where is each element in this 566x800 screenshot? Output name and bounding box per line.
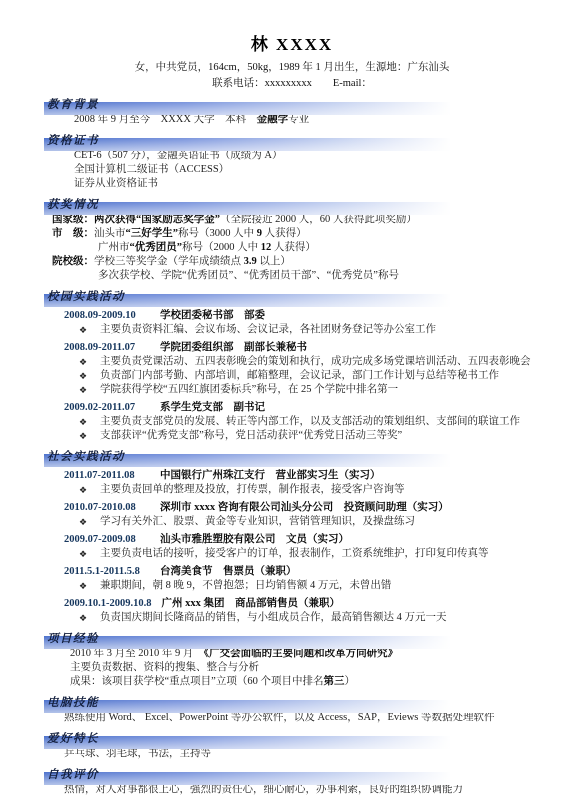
hobbies-line: 乒乓球、羽毛球，书法，主持等 xyxy=(64,747,540,761)
bullet-text: 负责国庆期间长隆商品的销售，与小组成员合作，最高销售额达 4 万元一天 xyxy=(100,611,540,625)
page-title: 林 XXXX xyxy=(44,34,540,56)
social-entries: 2011.07-2011.08 中国银行广州珠江支行 营业部实习生（实习） ❖ … xyxy=(64,469,540,625)
self-evaluation-line: 热情，对人对事都很上心，强烈的责任心，细心耐心，办事利索，良好的组织协调能力 xyxy=(64,783,540,797)
gradient-bar xyxy=(44,700,540,713)
computer-skills-line: 熟练使用 Word、 Excel、PowerPoint 等办公软件，以及 Acc… xyxy=(64,711,540,725)
award-row-city: 市 级：汕头市“三好学生”称号（3000 人中 9 人获得） xyxy=(52,227,540,241)
entry-date: 2009.10.1-2009.10.8 xyxy=(64,597,152,611)
section-header-project: 项目经验 xyxy=(44,629,540,647)
entry-title: 中国银行广州珠江支行 营业部实习生（实习） xyxy=(160,469,381,483)
entry-title: 深圳市 xxxx 咨询有限公司汕头分公司 投资顾问助理（实习） xyxy=(160,501,449,515)
bullet-text: 兼职期间，朝 8 晚 9，不曾抱怨；日均销售额 4 万元，未曾出错 xyxy=(100,579,540,593)
project-line: 主要负责数据、资料的搜集、整合与分析 xyxy=(70,661,540,675)
certificate-line: CET-6（507 分），金融英语证书（成绩为 A） xyxy=(74,149,540,163)
entry-title: 广州 xxx 集团 商品部销售员（兼职） xyxy=(162,597,341,611)
experience-entry-header: 2009.02-2011.07 系学生党支部 副书记 xyxy=(64,401,540,415)
section-header-self-evaluation: 自我评价 xyxy=(44,765,540,783)
award-row-city-2: 广州市“优秀团员”称号（2000 人中 12 人获得） xyxy=(98,241,540,255)
experience-entry-header: 2008.09-2011.07 学院团委组织部 副部长兼秘书 xyxy=(64,341,540,355)
gradient-bar xyxy=(44,772,540,785)
entry-date: 2011.5.1-2011.5.8 xyxy=(64,565,150,579)
diamond-bullet-icon: ❖ xyxy=(77,579,100,593)
entry-date: 2010.07-2010.08 xyxy=(64,501,150,515)
section-header-education: 教育背景 xyxy=(44,95,540,113)
bullet-text: 主要负责回单的整理及投放，打传票，制作报表，接受客户咨询等 xyxy=(100,483,540,497)
bullet-text: 学习有关外汇、股票、黄金等专业知识，营销管理知识，及操盘练习 xyxy=(100,515,540,529)
campus-entries: 2008.09-2009.10 学校团委秘书部 部委 ❖ 主要负责资料汇编、会议… xyxy=(64,309,540,443)
bullet-text: 主要负责电话的接听，接受客户的订单，报表制作，工资系统维护，打印复印传真等 xyxy=(100,547,540,561)
experience-entry-header: 2011.5.1-2011.5.8 台湾美食节 售票员（兼职） xyxy=(64,565,540,579)
certificates-body: CET-6（507 分），金融英语证书（成绩为 A） 全国计算机二级证书（ACC… xyxy=(74,149,540,191)
project-body: 2010 年 3 月至 2010 年 9 月 《广交会面临的主要问题和改革方向研… xyxy=(70,647,540,689)
diamond-bullet-icon: ❖ xyxy=(77,483,100,497)
bullet-item: ❖ 兼职期间，朝 8 晚 9，不曾抱怨；日均销售额 4 万元，未曾出错 xyxy=(77,579,540,593)
diamond-bullet-icon: ❖ xyxy=(77,547,100,561)
diamond-bullet-icon: ❖ xyxy=(77,369,100,383)
section-title-campus: 校园实践活动 xyxy=(44,290,125,305)
experience-entry-header: 2009.07-2009.08 汕头市雅胜塑胶有限公司 文员（实习） xyxy=(64,533,540,547)
diamond-bullet-icon: ❖ xyxy=(77,323,100,337)
gradient-bar xyxy=(44,736,540,749)
section-header-awards: 获奖情况 xyxy=(44,195,540,213)
entry-title: 学校团委秘书部 部委 xyxy=(160,309,265,323)
entry-date: 2011.07-2011.08 xyxy=(64,469,150,483)
bullet-item: ❖ 支部获评“优秀党支部”称号，党日活动获评“优秀党日活动三等奖” xyxy=(77,429,540,443)
section-title-certificates: 资格证书 xyxy=(44,134,99,149)
bullet-text: 支部获评“优秀党支部”称号，党日活动获评“优秀党日活动三等奖” xyxy=(100,429,540,443)
section-header-certificates: 资格证书 xyxy=(44,131,540,149)
award-row-school-2: 多次获学校、学院“优秀团员”、“优秀团员干部”、“优秀党员”称号 xyxy=(98,269,540,283)
education-line: 2008 年 9 月至今 XXXX 大学 本科 金融学专业 xyxy=(74,113,540,127)
gradient-bar xyxy=(44,636,540,649)
bullet-text: 主要负责支部党员的发展、转正等内部工作，以及支部活动的策划组织、支部间的联谊工作 xyxy=(100,415,540,429)
bullet-text: 学院获得学校“五四红旗团委标兵”称号，在 25 个学院中排名第一 xyxy=(100,383,540,397)
bullet-item: ❖ 负责部门内部考勤、内部培训，邮箱整理，会议记录，部门工作计划与总结等秘书工作 xyxy=(77,369,540,383)
hobbies-body: 乒乓球、羽毛球，书法，主持等 xyxy=(64,747,540,761)
bullet-text: 主要负责资料汇编、会议布场、会议记录，各社团财务登记等办公室工作 xyxy=(100,323,540,337)
bullet-item: ❖ 主要负责党课活动、五四表彰晚会的策划和执行，成功完成多场党课培训活动、五四表… xyxy=(77,355,540,369)
computer-skills-body: 熟练使用 Word、 Excel、PowerPoint 等办公软件，以及 Acc… xyxy=(64,711,540,725)
education-body: 2008 年 9 月至今 XXXX 大学 本科 金融学专业 xyxy=(74,113,540,127)
section-title-awards: 获奖情况 xyxy=(44,198,99,213)
contact-line: 联系电话：xxxxxxxxx E-mail： xyxy=(44,76,540,91)
entry-date: 2008.09-2009.10 xyxy=(64,309,150,323)
project-line: 成果：该项目获学校“重点项目”立项（60 个项目中排名第三） xyxy=(70,675,540,689)
diamond-bullet-icon: ❖ xyxy=(77,429,100,443)
bullet-item: ❖ 学习有关外汇、股票、黄金等专业知识，营销管理知识，及操盘练习 xyxy=(77,515,540,529)
bullet-item: ❖ 主要负责回单的整理及投放，打传票，制作报表，接受客户咨询等 xyxy=(77,483,540,497)
section-title-project: 项目经验 xyxy=(44,632,99,647)
diamond-bullet-icon: ❖ xyxy=(77,383,100,397)
section-title-social: 社会实践活动 xyxy=(44,450,125,465)
diamond-bullet-icon: ❖ xyxy=(77,611,100,625)
section-header-hobbies: 爱好特长 xyxy=(44,729,540,747)
bullet-item: ❖ 主要负责支部党员的发展、转正等内部工作，以及支部活动的策划组织、支部间的联谊… xyxy=(77,415,540,429)
section-header-computer-skills: 电脑技能 xyxy=(44,693,540,711)
section-title-education: 教育背景 xyxy=(44,98,99,113)
experience-entry-header: 2010.07-2010.08 深圳市 xxxx 咨询有限公司汕头分公司 投资顾… xyxy=(64,501,540,515)
awards-body: 国家级：两次获得“国家励志奖学金”（全院接近 2000 人，60 人获得此项奖励… xyxy=(52,213,540,283)
experience-entry-header: 2008.09-2009.10 学校团委秘书部 部委 xyxy=(64,309,540,323)
entry-title: 学院团委组织部 副部长兼秘书 xyxy=(160,341,307,355)
bullet-item: ❖ 主要负责资料汇编、会议布场、会议记录，各社团财务登记等办公室工作 xyxy=(77,323,540,337)
section-header-campus: 校园实践活动 xyxy=(44,287,540,305)
section-title-self-evaluation: 自我评价 xyxy=(44,768,99,783)
award-row-school: 院校级：学校三等奖学金（学年成绩绩点 3.9 以上） xyxy=(52,255,540,269)
entry-date: 2008.09-2011.07 xyxy=(64,341,150,355)
gradient-bar xyxy=(44,202,540,215)
section-title-hobbies: 爱好特长 xyxy=(44,732,99,747)
certificate-line: 证券从业资格证书 xyxy=(74,177,540,191)
section-title-computer-skills: 电脑技能 xyxy=(44,696,99,711)
diamond-bullet-icon: ❖ xyxy=(77,415,100,429)
entry-date: 2009.07-2009.08 xyxy=(64,533,150,547)
bullet-item: ❖ 学院获得学校“五四红旗团委标兵”称号，在 25 个学院中排名第一 xyxy=(77,383,540,397)
award-row-national: 国家级：两次获得“国家励志奖学金”（全院接近 2000 人，60 人获得此项奖励… xyxy=(52,213,540,227)
personal-info-line: 女，中共党员，164cm，50kg，1989 年 1 月出生，生源地：广东汕头 xyxy=(44,60,540,75)
self-evaluation-body: 热情，对人对事都很上心，强烈的责任心，细心耐心，办事利索，良好的组织协调能力 xyxy=(64,783,540,797)
experience-entry-header: 2009.10.1-2009.10.8 广州 xxx 集团 商品部销售员（兼职） xyxy=(64,597,540,611)
bullet-text: 负责部门内部考勤、内部培训，邮箱整理，会议记录，部门工作计划与总结等秘书工作 xyxy=(100,369,540,383)
diamond-bullet-icon: ❖ xyxy=(77,515,100,529)
project-line: 2010 年 3 月至 2010 年 9 月 《广交会面临的主要问题和改革方向研… xyxy=(70,647,540,661)
experience-entry-header: 2011.07-2011.08 中国银行广州珠江支行 营业部实习生（实习） xyxy=(64,469,540,483)
certificate-line: 全国计算机二级证书（ACCESS） xyxy=(74,163,540,177)
bullet-item: ❖ 负责国庆期间长隆商品的销售，与小组成员合作，最高销售额达 4 万元一天 xyxy=(77,611,540,625)
entry-title: 汕头市雅胜塑胶有限公司 文员（实习） xyxy=(160,533,349,547)
entry-title: 系学生党支部 副书记 xyxy=(160,401,265,415)
gradient-bar xyxy=(44,102,540,115)
entry-date: 2009.02-2011.07 xyxy=(64,401,150,415)
gradient-bar xyxy=(44,138,540,151)
bullet-text: 主要负责党课活动、五四表彰晚会的策划和执行，成功完成多场党课培训活动、五四表彰晚… xyxy=(100,355,540,369)
bullet-item: ❖ 主要负责电话的接听，接受客户的订单，报表制作，工资系统维护，打印复印传真等 xyxy=(77,547,540,561)
diamond-bullet-icon: ❖ xyxy=(77,355,100,369)
section-header-social: 社会实践活动 xyxy=(44,447,540,465)
entry-title: 台湾美食节 售票员（兼职） xyxy=(160,565,297,579)
resume-page: 林 XXXX 女，中共党员，164cm，50kg，1989 年 1 月出生，生源… xyxy=(0,0,566,800)
